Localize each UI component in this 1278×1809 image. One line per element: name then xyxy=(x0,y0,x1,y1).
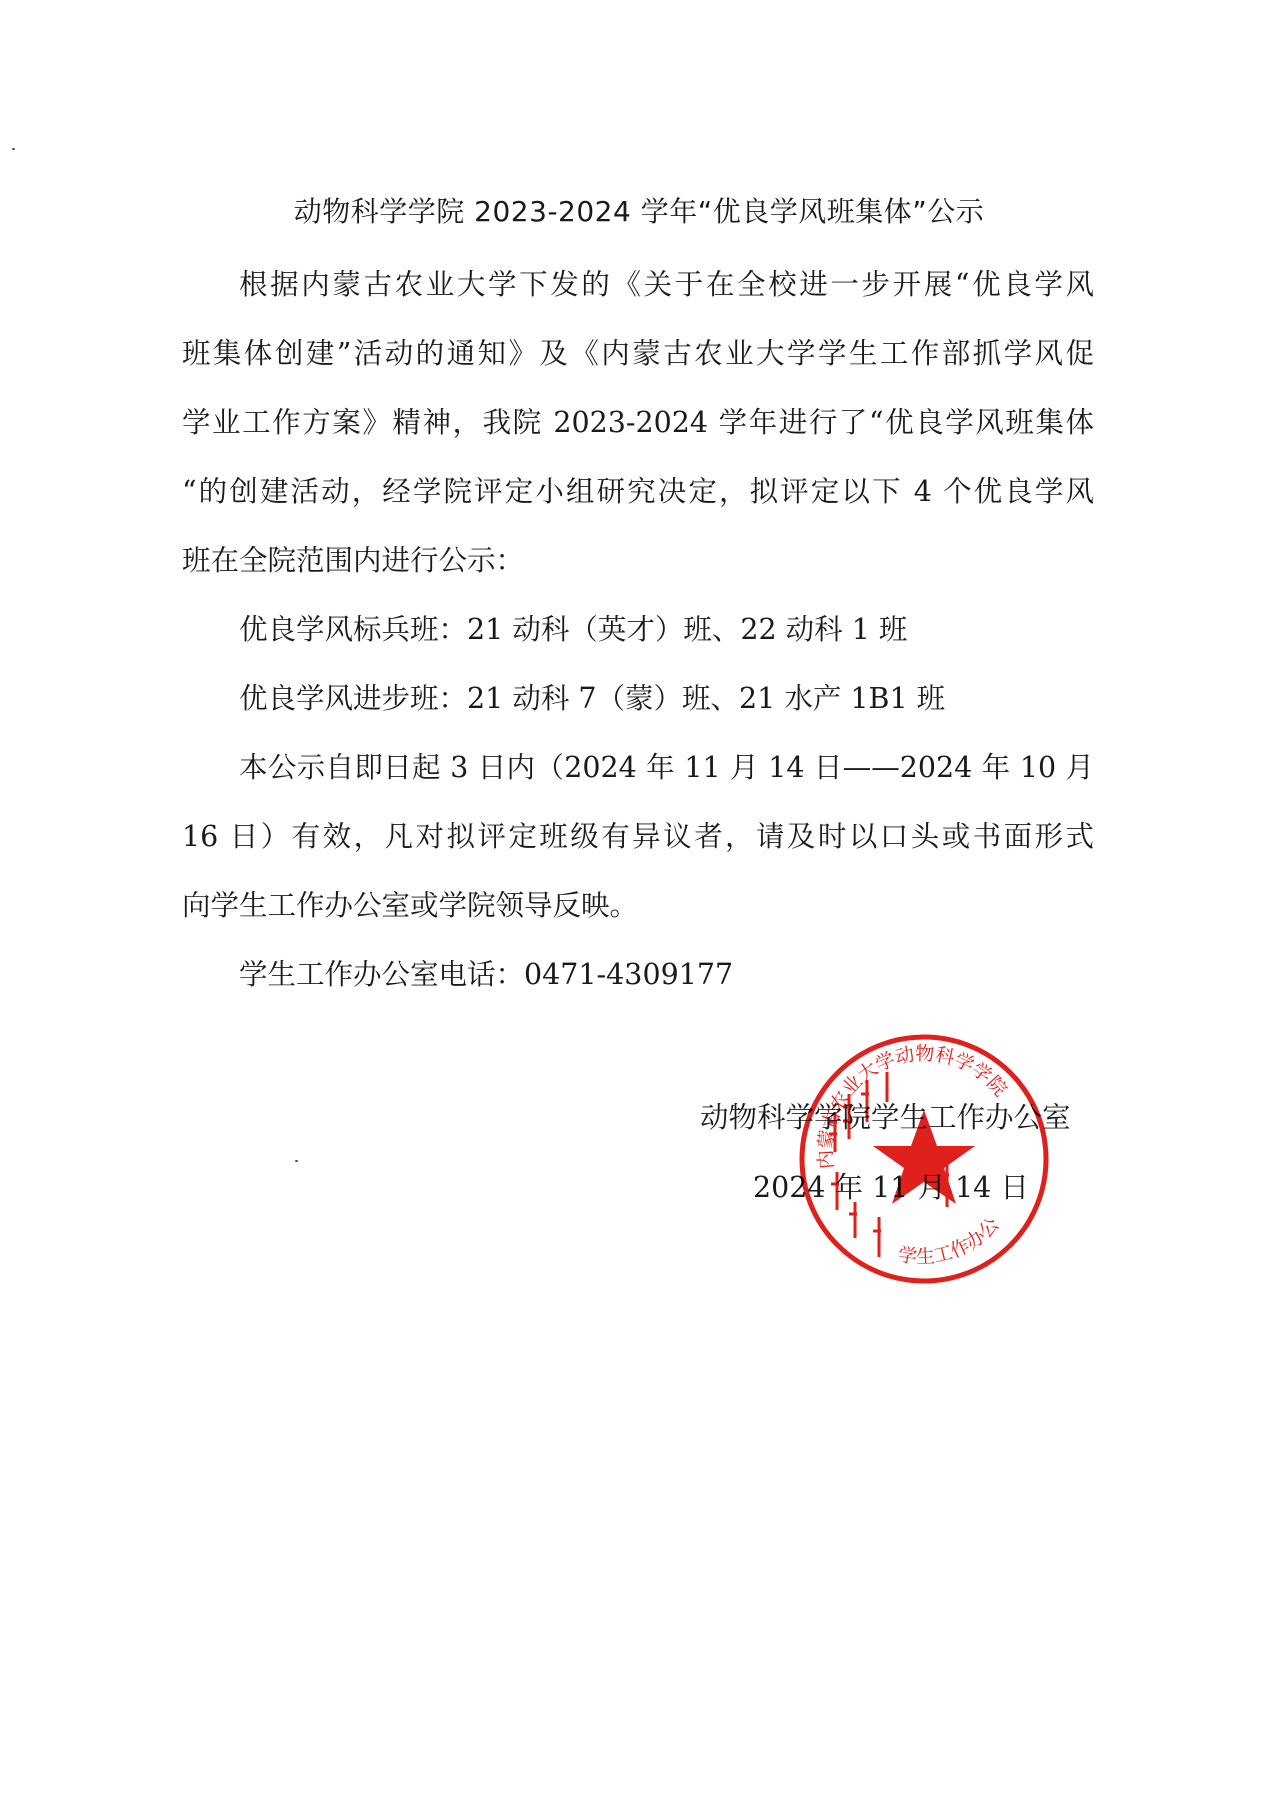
award-standard-class: 优良学风标兵班：21 动科（英才）班、22 动科 1 班 xyxy=(239,595,907,664)
intro-paragraph: 根据内蒙古农业大学下发的《关于在全校进一步开展“优良学风 班集体创建”活动的通知… xyxy=(182,250,1094,595)
validity-line: 本公示自即日起 3 日内（2024 年 11 月 14 日——2024 年 10… xyxy=(182,733,1094,802)
validity-paragraph: 本公示自即日起 3 日内（2024 年 11 月 14 日——2024 年 10… xyxy=(182,733,1094,940)
validity-line: 向学生工作办公室或学院领导反映。 xyxy=(182,871,1094,940)
intro-line: 班集体创建”活动的通知》及《内蒙古农业大学学生工作部抓学风促 xyxy=(182,319,1094,388)
contact-line: 学生工作办公室电话：0471-4309177 xyxy=(239,940,733,1009)
award-category: 优良学风进步班： xyxy=(239,682,467,715)
award-classes: 21 动科（英才）班、22 动科 1 班 xyxy=(467,613,907,646)
stamp-star-icon xyxy=(873,1110,975,1204)
document-title: 动物科学学院 2023-2024 学年“优良学风班集体”公示 xyxy=(0,190,1278,230)
award-category: 优良学风标兵班： xyxy=(239,613,467,646)
official-seal-stamp: 内蒙古农业大学动物科学学院 学生工作办公室 xyxy=(797,1032,1051,1286)
contact-phone: 0471-4309177 xyxy=(524,958,733,991)
intro-line: 班在全院范围内进行公示： xyxy=(182,526,1094,595)
intro-line: 根据内蒙古农业大学下发的《关于在全校进一步开展“优良学风 xyxy=(182,250,1094,319)
award-classes: 21 动科 7（蒙）班、21 水产 1B1 班 xyxy=(467,682,945,715)
validity-line: 16 日）有效，凡对拟评定班级有异议者，请及时以口头或书面形式 xyxy=(182,802,1094,871)
scan-speck xyxy=(295,1160,298,1162)
contact-label: 学生工作办公室电话： xyxy=(239,958,524,991)
intro-line: “的创建活动，经学院评定小组研究决定，拟评定以下 4 个优良学风 xyxy=(182,457,1094,526)
award-progress-class: 优良学风进步班：21 动科 7（蒙）班、21 水产 1B1 班 xyxy=(239,664,945,733)
scan-speck xyxy=(12,148,15,150)
intro-line: 学业工作方案》精神，我院 2023-2024 学年进行了“优良学风班集体 xyxy=(182,388,1094,457)
